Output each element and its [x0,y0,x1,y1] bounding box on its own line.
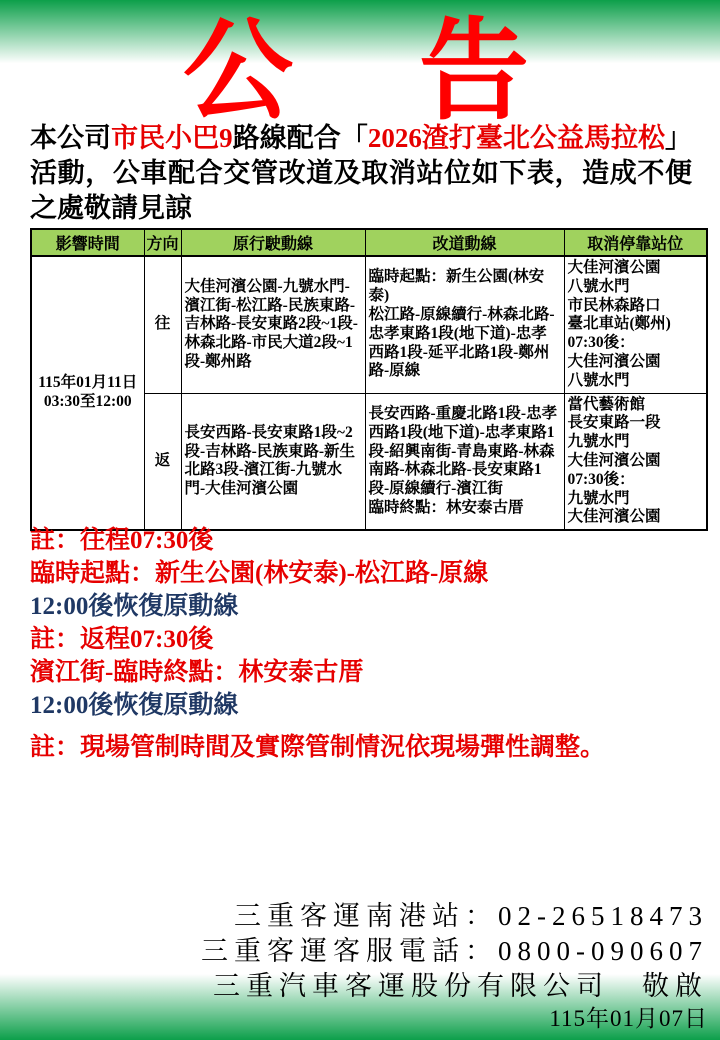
detour-schedule-table: 影響時間 方向 原行駛動線 改道動線 取消停靠站位 115年01月11日 03:… [30,228,708,531]
table-header-row: 影響時間 方向 原行駛動線 改道動線 取消停靠站位 [31,229,707,256]
notice-page: 公 告 本公司市民小巴9路線配合「2026渣打臺北公益馬拉松」活動，公車配合交管… [0,0,720,1040]
footer-block: 三重客運南港站：02-26518473 三重客運客服電話：0800-090607… [201,899,708,1034]
footer-station-phone: 三重客運南港站：02-26518473 [201,899,708,934]
affected-time-cell: 115年01月11日 03:30至12:00 [31,256,144,530]
note-temp-start: 臨時起點：新生公園(林安泰)-松江路-原線 [30,557,700,590]
event-name-highlight: 2026渣打臺北公益馬拉松 [368,123,665,153]
footer-service-phone: 三重客運客服電話：0800-090607 [201,934,708,969]
cancelled-stops-cell-return: 當代藝術館 長安東路一段 九號水門 大佳河濱公園 07:30後： 九號水門 大佳… [564,393,707,530]
footer-date: 115年01月07日 [201,1004,708,1034]
table-row-outbound: 115年01月11日 03:30至12:00 往 大佳河濱公園-九號水門-濱江街… [31,256,707,393]
header-original-route: 原行駛動線 [181,229,365,256]
header-cancelled-stops: 取消停靠站位 [564,229,707,256]
header-direction: 方向 [144,229,181,256]
header-affected-time: 影響時間 [31,229,144,256]
note-temp-end: 濱江街-臨時終點：林安泰古厝 [30,656,700,689]
intro-text-1: 本公司 [30,123,111,153]
intro-text-2: 路線配合「 [233,123,368,153]
page-title: 公 告 [0,8,720,138]
direction-cell-return: 返 [144,393,181,530]
footer-company-signoff: 三重汽車客運股份有限公司 敬啟 [201,969,708,1004]
notes-block: 註：往程07:30後 臨時起點：新生公園(林安泰)-松江路-原線 12:00後恢… [30,524,700,764]
note-onsite-control: 註：現場管制時間及實際管制情況依現場彈性調整。 [30,731,700,764]
route-number-highlight: 市民小巴9 [111,123,233,153]
note-return-time: 註：返程07:30後 [30,623,700,656]
intro-paragraph: 本公司市民小巴9路線配合「2026渣打臺北公益馬拉松」活動，公車配合交管改道及取… [30,121,692,226]
cancelled-stops-cell-outbound: 大佳河濱公園 八號水門 市民林森路口 臺北車站(鄭州) 07:30後： 大佳河濱… [564,256,707,393]
detour-route-cell-outbound: 臨時起點：新生公園(林安泰) 松江路-原線續行-林森北路-忠孝東路1段(地下道)… [365,256,564,393]
direction-cell-outbound: 往 [144,256,181,393]
original-route-cell-return: 長安西路-長安東路1段~2段-吉林路-民族東路-新生北路3段-濱江街-九號水門-… [181,393,365,530]
note-outbound-time: 註：往程07:30後 [30,524,700,557]
original-route-cell-outbound: 大佳河濱公園-九號水門-濱江街-松江路-民族東路-吉林路-長安東路2段~1段-林… [181,256,365,393]
header-detour-route: 改道動線 [365,229,564,256]
note-resume-return: 12:00後恢復原動線 [30,689,700,722]
note-resume-outbound: 12:00後恢復原動線 [30,590,700,623]
detour-route-cell-return: 長安西路-重慶北路1段-忠孝西路1段(地下道)-忠孝東路1段-紹興南街-青島東路… [365,393,564,530]
